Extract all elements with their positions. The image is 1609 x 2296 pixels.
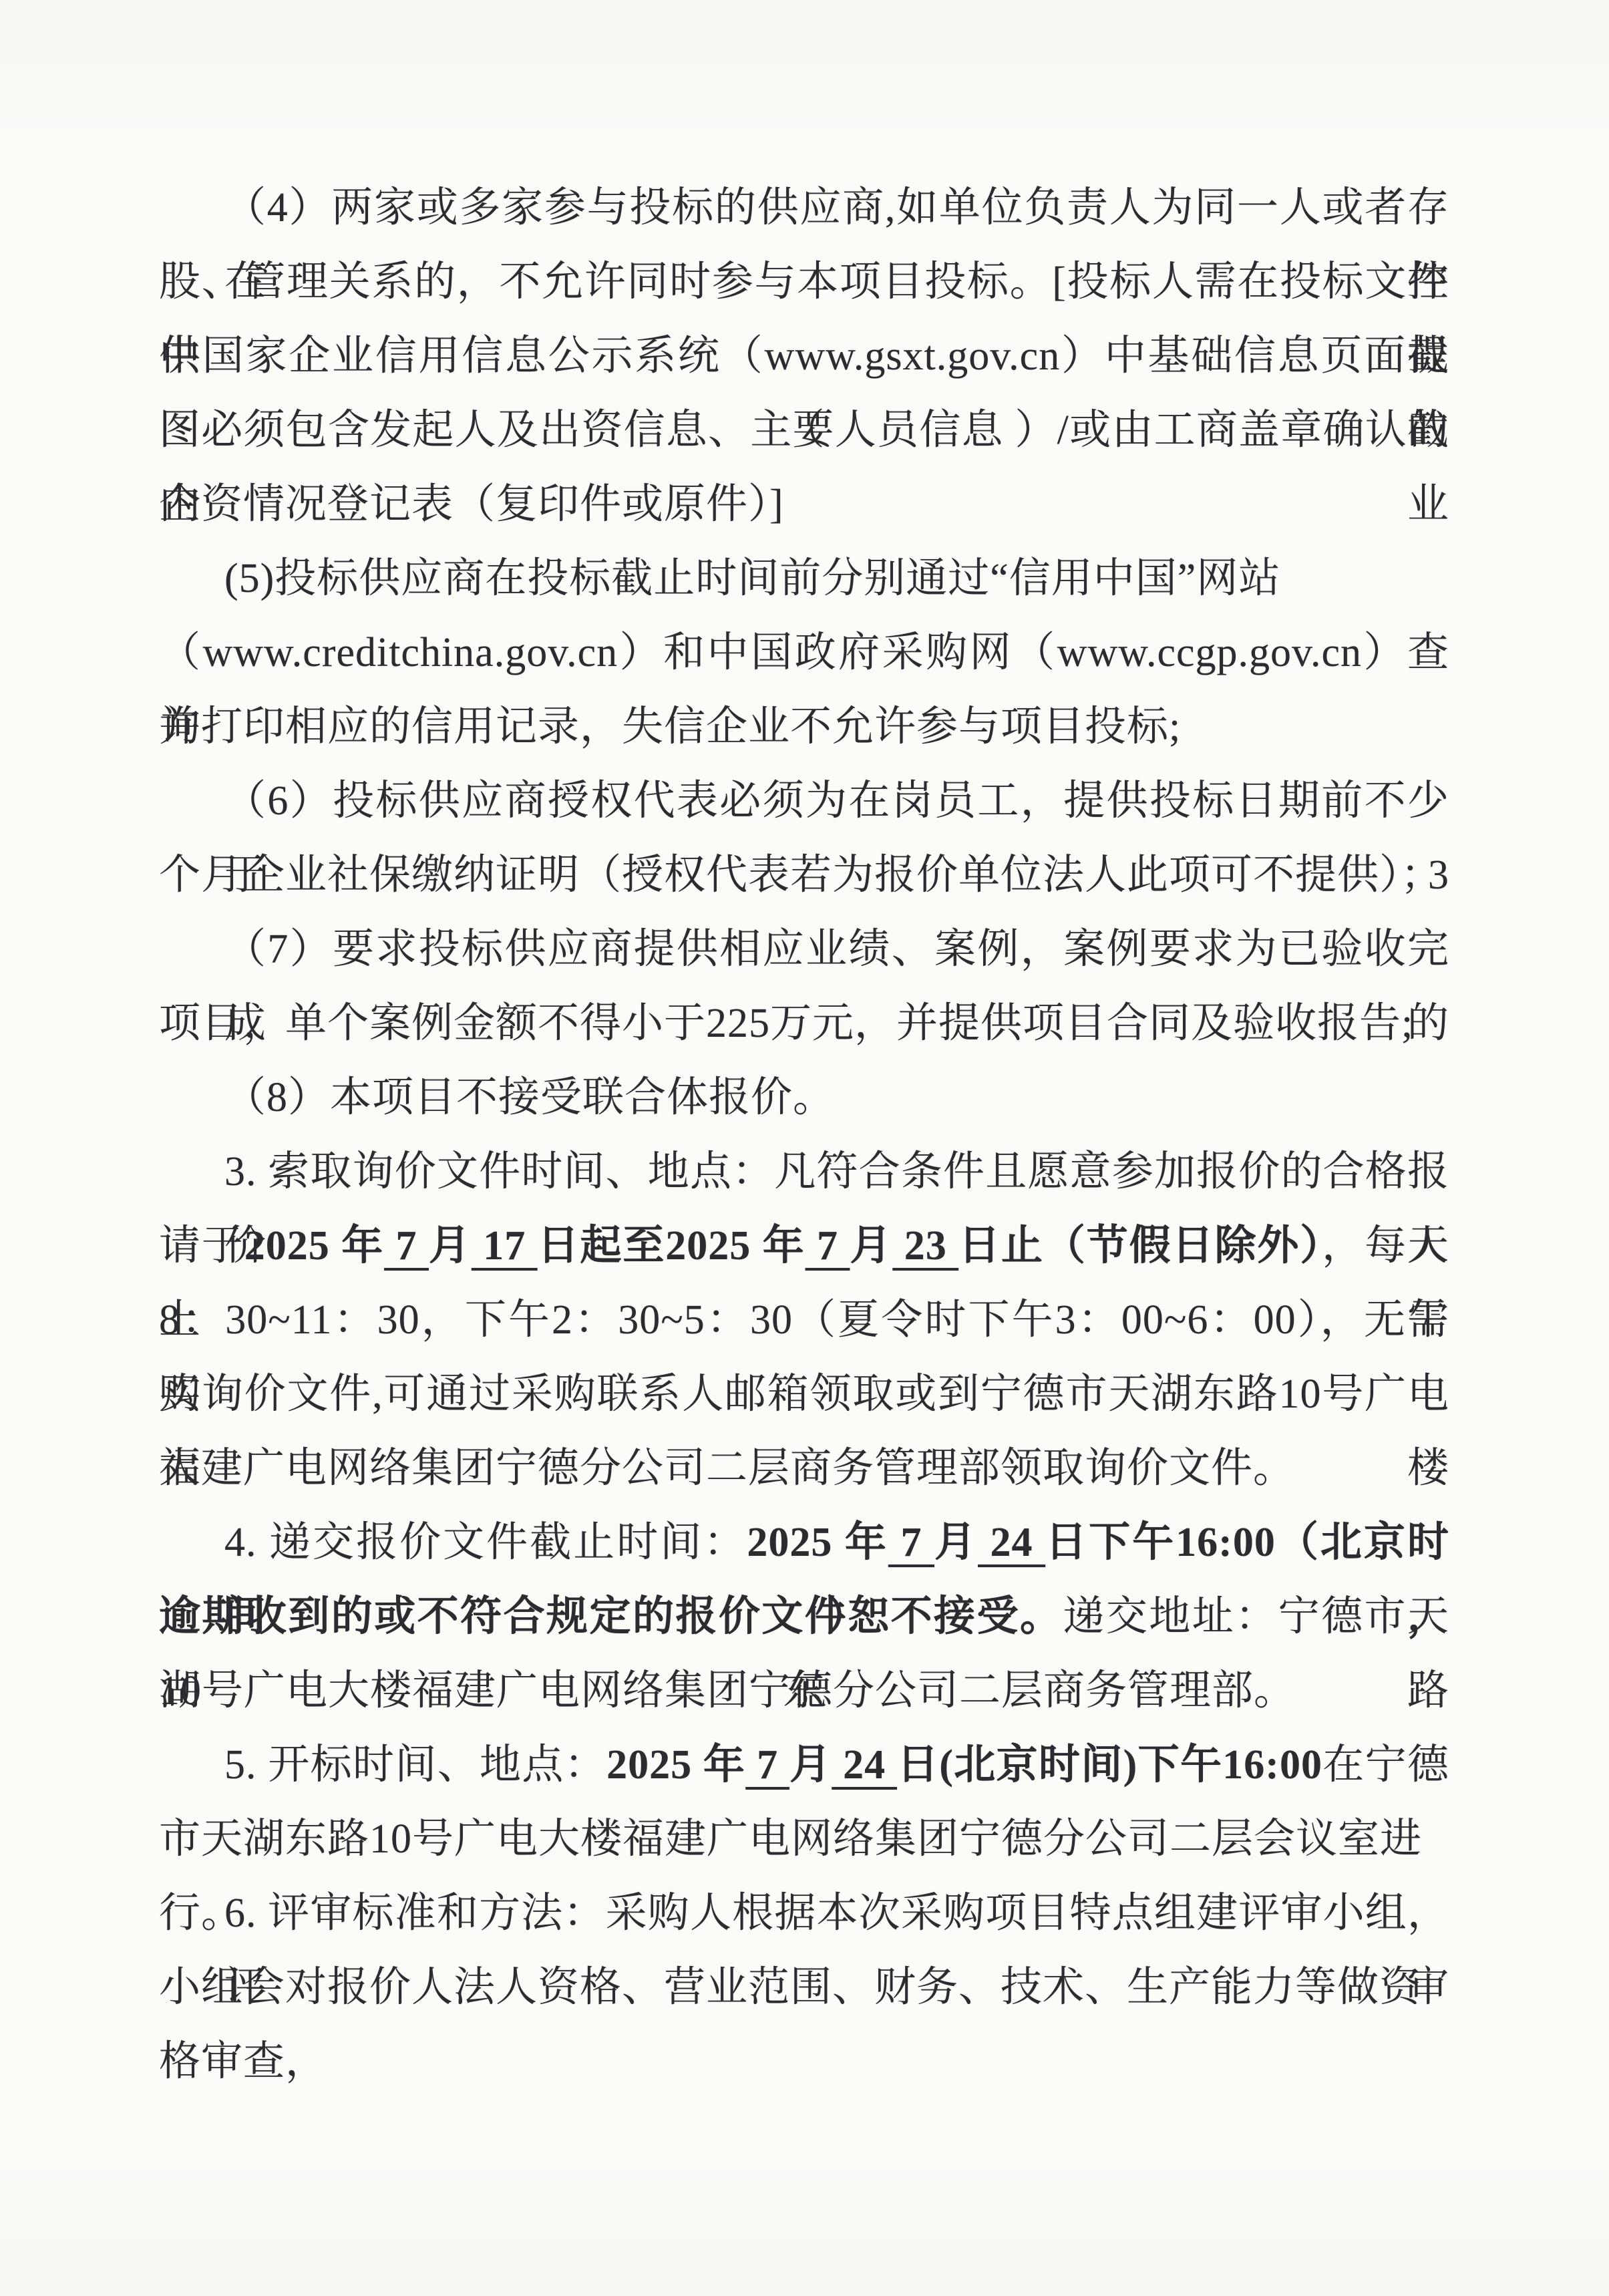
- text-line: 市天湖东路10号广电大楼福建广电网络集团宁德分公司二层会议室进行。: [159, 1802, 1449, 1876]
- text-segment: 月: [850, 1223, 892, 1269]
- text-segment: 7: [384, 1223, 429, 1269]
- text-segment: 日起至: [538, 1223, 666, 1269]
- clause-4-supplier-relationship: （4）两家或多家参与投标的供应商,如单位负责人为同一人或者存在控股、管理关系的，…: [159, 171, 1449, 542]
- text-line: 4. 递交报价文件截止时间：2025 年 7 月 24 日下午16:00（北京时…: [159, 1506, 1449, 1580]
- text-segment: 福建广电网络集团宁德分公司二层商务管理部领取询价文件。: [159, 1446, 1295, 1491]
- text-line: (5)投标供应商在投标截止时间前分别通过“信用中国”网站: [159, 542, 1449, 616]
- text-line: 5. 开标时间、地点：2025 年 7 月 24 日(北京时间)下午16:00在…: [159, 1728, 1449, 1802]
- text-line: 福建广电网络集团宁德分公司二层商务管理部领取询价文件。: [159, 1432, 1449, 1506]
- text-line: 10号广电大楼福建广电网络集团宁德分公司二层商务管理部。: [159, 1654, 1449, 1728]
- text-segment: 个月企业社保缴纳证明（授权代表若为报价单位法人此项可不提供）；: [159, 852, 1443, 898]
- text-segment: 逾期收到的或不符合规定的报价文件恕不接受。: [159, 1594, 1063, 1639]
- text-segment: 10号广电大楼福建广电网络集团宁德分公司二层商务管理部。: [159, 1668, 1296, 1713]
- clause-6-social-security: （6）投标供应商授权代表必须为在岗员工，提供投标日期前不少于3个月企业社保缴纳证…: [159, 764, 1449, 913]
- section-4-submission-deadline: 4. 递交报价文件截止时间：2025 年 7 月 24 日下午16:00（北京时…: [159, 1506, 1449, 1728]
- text-segment: 7: [888, 1520, 934, 1565]
- text-segment: 23: [892, 1223, 958, 1269]
- section-5-bid-opening: 5. 开标时间、地点：2025 年 7 月 24 日(北京时间)下午16:00在…: [159, 1728, 1449, 1876]
- text-line: 个月企业社保缴纳证明（授权代表若为报价单位法人此项可不提供）；: [159, 838, 1449, 913]
- text-segment: 2025 年: [747, 1520, 888, 1565]
- text-line: 逾期收到的或不符合规定的报价文件恕不接受。递交地址：宁德市天湖东路: [159, 1580, 1449, 1654]
- text-segment: 2025 年: [606, 1742, 745, 1788]
- section-3-document-collection: 3. 索取询价文件时间、地点：凡符合条件且愿意参加报价的合格报价人请于2025 …: [159, 1135, 1449, 1506]
- text-line: （7）要求投标供应商提供相应业绩、案例，案例要求为已验收完成的: [159, 913, 1449, 987]
- text-segment: 项目，单个案例金额不得小于225万元，并提供项目合同及验收报告;: [159, 1001, 1413, 1046]
- document-body: （4）两家或多家参与投标的供应商,如单位负责人为同一人或者存在控股、管理关系的，…: [159, 171, 1449, 2025]
- text-line: 项目，单个案例金额不得小于225万元，并提供项目合同及验收报告;: [159, 987, 1449, 1061]
- text-segment: 日止（节假日除外）: [958, 1223, 1322, 1269]
- text-line: （6）投标供应商授权代表必须为在岗员工，提供投标日期前不少于3: [159, 764, 1449, 838]
- text-segment: 2025 年: [665, 1223, 805, 1269]
- text-segment: 4. 递交报价文件截止时间：: [224, 1520, 747, 1565]
- text-line: 请于2025 年 7 月 17 日起至2025 年 7 月 23 日止（节假日除…: [159, 1209, 1449, 1283]
- text-line: 供国家企业信用信息公示系统（www.gsxt.gov.cn）中基础信息页面截图（…: [159, 319, 1449, 393]
- text-line: 6. 评审标准和方法：采购人根据本次采购项目特点组建评审小组，评审: [159, 1876, 1449, 1951]
- text-segment: 月: [429, 1223, 472, 1269]
- clause-5-credit-check: (5)投标供应商在投标截止时间前分别通过“信用中国”网站（www.creditc…: [159, 542, 1449, 764]
- text-segment: 请于: [159, 1223, 244, 1269]
- text-segment: 24: [978, 1520, 1045, 1565]
- text-line: （4）两家或多家参与投标的供应商,如单位负责人为同一人或者存在控: [159, 171, 1449, 245]
- text-segment: 月: [789, 1742, 832, 1788]
- text-segment: 5. 开标时间、地点：: [224, 1742, 606, 1788]
- text-segment: (5)投标供应商在投标截止时间前分别通过“信用中国”网站: [224, 556, 1280, 601]
- text-line: 股、管理关系的，不允许同时参与本项目投标。[投标人需在投标文件中提: [159, 245, 1449, 319]
- text-segment: 7: [806, 1223, 850, 1269]
- text-line: （www.creditchina.gov.cn）和中国政府采购网（www.ccg…: [159, 616, 1449, 690]
- text-line: 买询价文件,可通过采购联系人邮箱领取或到宁德市天湖东路10号广电大楼: [159, 1357, 1449, 1432]
- text-segment: 月: [934, 1520, 978, 1565]
- text-line: （8）本项目不接受联合体报价。: [159, 1061, 1449, 1135]
- text-segment: 在宁德: [1322, 1742, 1449, 1788]
- text-line: 3. 索取询价文件时间、地点：凡符合条件且愿意参加报价的合格报价人: [159, 1135, 1449, 1209]
- text-line: 8：30~11：30，下午2：30~5：30（夏令时下午3：00~6：00），无…: [159, 1283, 1449, 1357]
- text-segment: 并打印相应的信用记录，失信企业不允许参与项目投标;: [159, 704, 1181, 750]
- text-segment: 日(北京时间)下午16:00: [897, 1742, 1322, 1788]
- text-line: 小组会对报价人法人资格、营业范围、财务、技术、生产能力等做资格审查，: [159, 1951, 1449, 2025]
- text-segment: 内资情况登记表（复印件或原件）]: [159, 482, 784, 527]
- text-segment: 7: [745, 1742, 789, 1788]
- text-segment: （8）本项目不接受联合体报价。: [224, 1075, 835, 1120]
- section-6-evaluation: 6. 评审标准和方法：采购人根据本次采购项目特点组建评审小组，评审小组会对报价人…: [159, 1876, 1449, 2025]
- clause-8-no-consortium: （8）本项目不接受联合体报价。: [159, 1061, 1449, 1135]
- text-segment: 2025 年: [244, 1223, 384, 1269]
- text-segment: 17: [472, 1223, 538, 1269]
- text-line: 并打印相应的信用记录，失信企业不允许参与项目投标;: [159, 690, 1449, 764]
- text-segment: 24: [832, 1742, 897, 1788]
- text-line: 图必须包含发起人及出资信息、主要人员信息 ）/或由工商盖章确认的企业: [159, 393, 1449, 468]
- clause-7-performance-cases: （7）要求投标供应商提供相应业绩、案例，案例要求为已验收完成的项目，单个案例金额…: [159, 913, 1449, 1061]
